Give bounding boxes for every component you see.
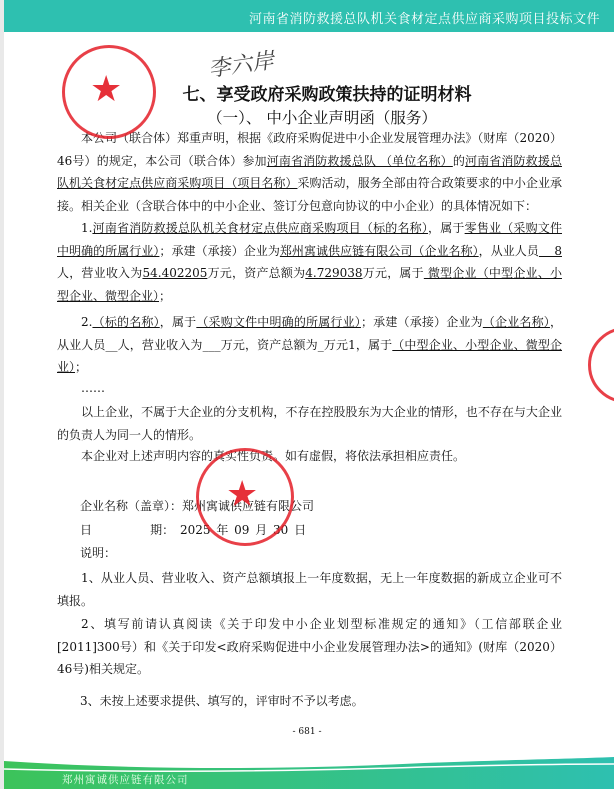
item-staff: 8: [539, 244, 562, 258]
company-seal-top: ★: [62, 45, 156, 139]
item-text: 人，营业收入为: [57, 266, 142, 280]
company-label: 企业名称（盖章）：: [80, 499, 182, 513]
item-text: 人，营业收入为: [118, 338, 203, 352]
star-icon: ★: [226, 477, 258, 513]
item-staff: __: [106, 338, 118, 352]
item-text: ，属于: [428, 221, 465, 235]
item-revenue: ___: [203, 338, 221, 352]
note-2: 2、填写前请认真阅读《关于印发中小企业划型标准规定的通知》（工信部联企业[201…: [57, 613, 562, 681]
footer-company: 郑州寓诚供应链有限公司: [62, 772, 189, 787]
handwritten-signature: 李六岸: [206, 44, 276, 84]
item-number: 2.: [81, 315, 92, 329]
star-icon: ★: [90, 72, 122, 108]
enterprise-item-2: 2.（标的名称），属于（采购文件中明确的所属行业）；承建（承接）企业为（企业名称…: [57, 311, 562, 379]
item-text: 万元，资产总额为: [221, 338, 318, 352]
item-text: ；: [75, 360, 87, 374]
item-text: ，属于: [160, 315, 197, 329]
enterprise-item-1: 1.河南省消防救援总队机关食材定点供应商采购项目（标的名称），属于零售业（采购文…: [57, 217, 562, 307]
statement-not-large-enterprise: 以上企业，不属于大企业的分支机构，不存在控股股东为大企业的情形，也不存在与大企业…: [57, 401, 562, 446]
item-text: 万元，资产总额为: [207, 266, 305, 280]
item-text: ，从业人员: [479, 244, 539, 258]
date-label: 日 期：: [80, 523, 174, 537]
note-3: 3、未按上述要求提供、填写的，评审时不予以考虑。: [80, 692, 364, 709]
item-subject: 河南省消防救援总队机关食材定点供应商采购项目（标的名称）: [92, 221, 428, 235]
intro-paragraph: 本公司（联合体）郑重声明，根据《政府采购促进中小企业发展管理办法》（财库（202…: [57, 127, 562, 217]
item-company: 郑州寓诚供应链有限公司（企业名称）: [280, 244, 479, 258]
item-company: （企业名称）: [483, 315, 550, 329]
intro-text-2: 的: [453, 154, 465, 168]
company-seal-signature: ★: [196, 448, 294, 546]
item-industry: （采购文件中明确的所属行业）: [196, 315, 361, 329]
item-revenue: 54.402205: [142, 266, 207, 280]
company-seal-edge: [588, 327, 614, 403]
item-text: ；承建（承接）企业为: [361, 315, 483, 329]
item-text: 万元1，属于: [324, 338, 393, 352]
statement-truthfulness: 本企业对上述声明内容的真实性负责。如有虚假，将依法承担相应责任。: [57, 445, 562, 468]
page-number: - 681 -: [0, 727, 614, 737]
document-page: 七、享受政府采购政策扶持的证明材料 （一）、 中小企业声明函（服务） 本公司（联…: [0, 0, 614, 789]
item-text: 万元，属于: [363, 266, 424, 280]
ellipsis: ……: [57, 377, 562, 400]
item-text: ；承建（承接）企业为: [159, 244, 279, 258]
purchaser-name: 河南省消防救援总队 （单位名称）: [267, 154, 453, 168]
item-subject: （标的名称）: [92, 315, 159, 329]
item-assets: 4.729038: [305, 266, 362, 280]
note-1: 1、从业人员、营业收入、资产总额填报上一年度数据，无上一年度数据的新成立企业可不…: [57, 567, 562, 612]
item-text: ；: [159, 289, 171, 303]
item-number: 1.: [81, 221, 92, 235]
notes-label: 说明：: [80, 544, 116, 561]
